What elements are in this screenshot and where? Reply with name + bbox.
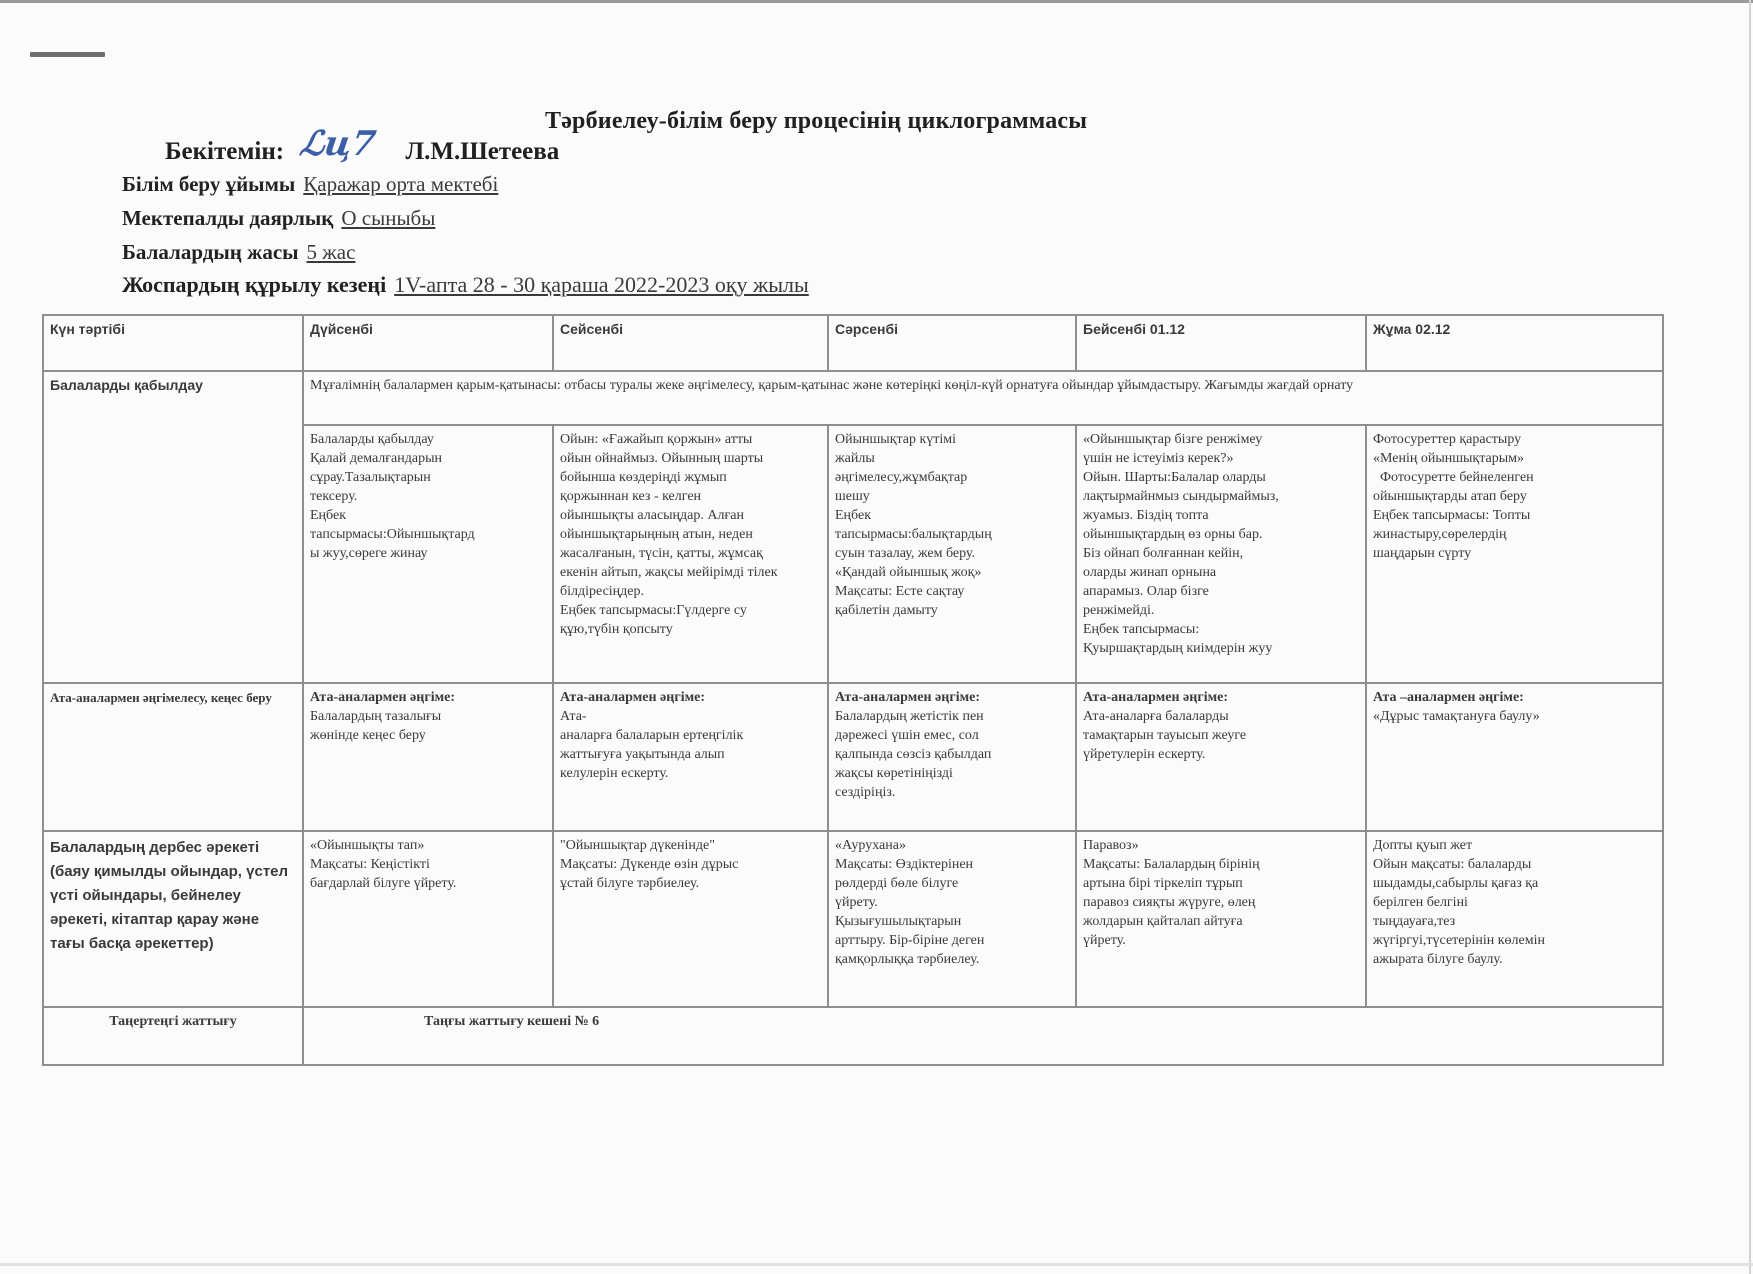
header-thursday: Бейсенбі 01.12: [1076, 315, 1366, 371]
cell-text-line: Мақсаты: Дүкенде өзін дұрыс: [560, 855, 821, 874]
cell-tuesday: Ойын: «Ғажайып қоржын» аттыойын ойнаймыз…: [553, 425, 828, 683]
cell-text-line: аналарға балаларын ертеңгілік: [560, 726, 821, 745]
meta-value: Қаражар орта мектебі: [303, 172, 498, 196]
cell-text-line: үйрету.: [835, 893, 1069, 912]
meta-label: Мектепалды даярлық: [122, 206, 333, 230]
cell-monday: Ата-аналармен әңгіме:Балалардың тазалығы…: [303, 683, 553, 831]
cell-text-line: шыдамды,сабырлы қағаз қа: [1373, 874, 1656, 893]
cell-text-line: қалпында сөзсіз қабылдап: [835, 745, 1069, 764]
cell-text-line: «Менің ойыншықтарым»: [1373, 449, 1656, 468]
cell-heading: Ата –аналармен әңгіме:: [1373, 688, 1656, 707]
signature: ℒц7: [297, 124, 378, 164]
cell-text-line: ойын ойнаймыз. Ойынның шарты: [560, 449, 821, 468]
cell-text-line: Қызығушылықтарын: [835, 912, 1069, 931]
cell-text-line: шаңдарын сүрту: [1373, 544, 1656, 563]
cell-wednesday: Ата-аналармен әңгіме:Балалардың жетістік…: [828, 683, 1076, 831]
cell-heading: Ата-аналармен әңгіме:: [560, 688, 821, 707]
approval-label: Бекітемін:: [165, 138, 284, 166]
cell-monday: «Ойыншықты тап»Мақсаты: Кеңістіктібағдар…: [303, 831, 553, 1007]
cell-tuesday: "Ойыншықтар дүкенінде"Мақсаты: Дүкенде ө…: [553, 831, 828, 1007]
cell-text-line: артына бірі тіркеліп тұрып: [1083, 874, 1359, 893]
cell-text-line: тапсырмасы:балықтардың: [835, 525, 1069, 544]
cell-text-line: Ойын: «Ғажайып қоржын» атты: [560, 430, 821, 449]
cell-text-line: ойыншықтарды атап беру: [1373, 487, 1656, 506]
cell-heading: Ата-аналармен әңгіме:: [1083, 688, 1359, 707]
meta-label: Балалардың жасы: [122, 240, 299, 264]
cell-text-line: оларды жинап орнына: [1083, 563, 1359, 582]
cell-text-line: Ата-аналарға балаларды: [1083, 707, 1359, 726]
cell-text-line: Ойын мақсаты: балаларды: [1373, 855, 1656, 874]
meta-organization: Білім беру ұйымыҚаражар орта мектебі: [122, 172, 498, 197]
cell-text-line: үшін не істеуіміз керек?»: [1083, 449, 1359, 468]
cell-text-line: Еңбек: [310, 506, 546, 525]
header-tuesday: Сейсенбі: [553, 315, 828, 371]
cell-text-line: Фотосуреттер қарастыру: [1373, 430, 1656, 449]
cell-text-line: Ойыншықтар күтімі: [835, 430, 1069, 449]
header-schedule: Күн тәртібі: [43, 315, 303, 371]
cell-text-line: суын тазалау, жем беру.: [835, 544, 1069, 563]
header-monday: Дүйсенбі: [303, 315, 553, 371]
cell-wednesday: Ойыншықтар күтіміжайлыәңгімелесу,жұмбақт…: [828, 425, 1076, 683]
cell-text-line: қабілетін дамыту: [835, 601, 1069, 620]
header-friday: Жұма 02.12: [1366, 315, 1663, 371]
cell-text-line: сездіріңіз.: [835, 783, 1069, 802]
cell-text-line: ойыншықтардың өз орны бар.: [1083, 525, 1359, 544]
cell-text-line: «Ойыншықтар бізге ренжімеу: [1083, 430, 1359, 449]
cell-text-line: Ата-: [560, 707, 821, 726]
cell-text-line: дәрежесі үшін емес, сол: [835, 726, 1069, 745]
cell-text-line: жақсы көретініңізді: [835, 764, 1069, 783]
meta-value: 5 жас: [307, 240, 356, 264]
cell-text-line: жүгіргуі,түсетерінін көлемін: [1373, 931, 1656, 950]
approval-line: Бекітемін: ℒц7 Л.М.Шетеева: [165, 132, 559, 172]
cell-text-line: Қуыршақтардың киімдерін жуу: [1083, 639, 1359, 658]
cell-text-line: қоржыннан кез - келген: [560, 487, 821, 506]
meta-period: Жоспардың құрылу кезеңі1V-апта 28 - 30 қ…: [122, 272, 809, 298]
meta-age: Балалардың жасы5 жас: [122, 240, 355, 265]
cell-text-line: үйрету.: [1083, 931, 1359, 950]
row-label: Балаларды қабылдау: [43, 371, 303, 683]
cyclogram-table: Күн тәртібі Дүйсенбі Сейсенбі Сәрсенбі Б…: [42, 314, 1664, 1066]
cell-text-line: «Қандай ойыншық жоқ»: [835, 563, 1069, 582]
cell-tuesday: Ата-аналармен әңгіме:Ата-аналарға балала…: [553, 683, 828, 831]
row-label: Таңертеңгі жаттығу: [43, 1007, 303, 1065]
cell-monday: Балаларды қабылдауҚалай демалғандарынсұр…: [303, 425, 553, 683]
cell-friday: Ата –аналармен әңгіме:«Дұрыс тамақтануға…: [1366, 683, 1663, 831]
cell-text-line: ойыншықтарыңның атын, неден: [560, 525, 821, 544]
cell-friday: Допты қуып жетОйын мақсаты: балалардышыд…: [1366, 831, 1663, 1007]
cell-heading: Ата-аналармен әңгіме:: [310, 688, 546, 707]
morning-exercise-text: Таңғы жаттығу кешені № 6: [303, 1007, 1663, 1065]
meta-value: О сыныбы: [341, 206, 435, 230]
meta-preschool: Мектепалды даярлықО сыныбы: [122, 206, 435, 231]
cell-text-line: ұстай білуге тәрбиелеу.: [560, 874, 821, 893]
cell-text-line: ренжімейді.: [1083, 601, 1359, 620]
cell-text-line: Мақсаты: Кеңістікті: [310, 855, 546, 874]
row-label: Балалардың дербес әрекеті (баяу қимылды …: [43, 831, 303, 1007]
cell-text-line: Ойын. Шарты:Балалар оларды: [1083, 468, 1359, 487]
cell-text-line: «Аурухана»: [835, 836, 1069, 855]
cell-thursday: Паравоз»Мақсаты: Балалардың бірініңартын…: [1076, 831, 1366, 1007]
cell-text-line: Мақсаты: Балалардың бірінің: [1083, 855, 1359, 874]
cell-text-line: бойынша көздеріңді жұмып: [560, 468, 821, 487]
cell-thursday: «Ойыншықтар бізге ренжімеуүшін не істеуі…: [1076, 425, 1366, 683]
row-label: Ата-аналармен әңгімелесу, кеңес беру: [43, 683, 303, 831]
scan-edge-right: [1749, 0, 1751, 1274]
cell-text-line: лақтырмайнмыз сындырмаймыз,: [1083, 487, 1359, 506]
cell-text-line: паравоз сияқты жүруге, өлең: [1083, 893, 1359, 912]
cell-text-line: Балалардың тазалығы: [310, 707, 546, 726]
cell-text-line: арттыру. Бір-біріне деген: [835, 931, 1069, 950]
cell-text-line: Еңбек тапсырмасы:: [1083, 620, 1359, 639]
cell-text-line: тамақтарын тауысып жеуге: [1083, 726, 1359, 745]
cell-text-line: Қалай демалғандарын: [310, 449, 546, 468]
cell-text-line: жаттығуға уақытында алып: [560, 745, 821, 764]
cell-text-line: әңгімелесу,жұмбақтар: [835, 468, 1069, 487]
table-row-independent: Балалардың дербес әрекеті (баяу қимылды …: [43, 831, 1663, 1007]
cell-text-line: құю,түбін қопсыту: [560, 620, 821, 639]
cell-text-line: білдіресіңдер.: [560, 582, 821, 601]
cell-text-line: Паравоз»: [1083, 836, 1359, 855]
cell-thursday: Ата-аналармен әңгіме:Ата-аналарға балала…: [1076, 683, 1366, 831]
meta-label: Жоспардың құрылу кезеңі: [122, 272, 386, 297]
cell-friday: Фотосуреттер қарастыру«Менің ойыншықтары…: [1366, 425, 1663, 683]
cell-text-line: Балаларды қабылдау: [310, 430, 546, 449]
cell-text-line: берілген белгіні: [1373, 893, 1656, 912]
cell-text-line: шешу: [835, 487, 1069, 506]
scan-edge-bottom: [0, 1263, 1753, 1266]
cell-heading: Ата-аналармен әңгіме:: [835, 688, 1069, 707]
cell-text-line: Мақсаты: Есте сақтау: [835, 582, 1069, 601]
cell-text-line: тыңдауаға,тез: [1373, 912, 1656, 931]
cell-text-line: жинастыру,сөрелердің: [1373, 525, 1656, 544]
cell-text-line: үйретулерін ескерту.: [1083, 745, 1359, 764]
cell-text-line: Еңбек: [835, 506, 1069, 525]
cell-text-line: Фотосуретте бейнеленген: [1373, 468, 1656, 487]
cell-text-line: Еңбек тапсырмасы:Гүлдерге су: [560, 601, 821, 620]
approver-name: Л.М.Шетеева: [406, 138, 560, 166]
reception-description: Мұғалімнің балалармен қарым-қатынасы: от…: [303, 371, 1663, 425]
header-wednesday: Сәрсенбі: [828, 315, 1076, 371]
cell-text-line: ойыншықты аласыңдар. Алған: [560, 506, 821, 525]
cell-text-line: ажырата білуге баулу.: [1373, 950, 1656, 969]
cell-text-line: апарамыз. Олар бізге: [1083, 582, 1359, 601]
cell-text-line: қамқорлыққа тәрбиелеу.: [835, 950, 1069, 969]
cell-text-line: жуамыз. Біздің топта: [1083, 506, 1359, 525]
cell-text-line: сұрау.Тазалықтарын: [310, 468, 546, 487]
cell-text-line: жолдарын қайталап айтуға: [1083, 912, 1359, 931]
table-row-parents: Ата-аналармен әңгімелесу, кеңес беру Ата…: [43, 683, 1663, 831]
cell-text-line: бағдарлай білуге үйрету.: [310, 874, 546, 893]
cell-text-line: «Дұрыс тамақтануға баулу»: [1373, 707, 1656, 726]
cell-text-line: жасалғанын, түсін, қатты, жұмсақ: [560, 544, 821, 563]
table-row-reception: Балаларды қабылдау Мұғалімнің балалармен…: [43, 371, 1663, 425]
meta-value: 1V-апта 28 - 30 қараша 2022-2023 оқу жыл…: [394, 272, 809, 297]
cell-text-line: тексеру.: [310, 487, 546, 506]
table-header-row: Күн тәртібі Дүйсенбі Сейсенбі Сәрсенбі Б…: [43, 315, 1663, 371]
document-title: Тәрбиелеу-білім беру процесінің циклогра…: [545, 108, 1087, 135]
cell-text-line: Біз ойнап болғаннан кейін,: [1083, 544, 1359, 563]
scan-edge-top: [0, 0, 1753, 3]
cell-text-line: келулерін ескерту.: [560, 764, 821, 783]
cell-text-line: «Ойыншықты тап»: [310, 836, 546, 855]
cell-text-line: жайлы: [835, 449, 1069, 468]
cell-text-line: рөлдерді бөле білуге: [835, 874, 1069, 893]
cell-text-line: Допты қуып жет: [1373, 836, 1656, 855]
cell-wednesday: «Аурухана»Мақсаты: Өздіктеріненрөлдерді …: [828, 831, 1076, 1007]
table-row-morning-exercise: Таңертеңгі жаттығу Таңғы жаттығу кешені …: [43, 1007, 1663, 1065]
cell-text-line: Балалардың жетістік пен: [835, 707, 1069, 726]
cell-text-line: тапсырмасы:Ойыншықтард: [310, 525, 546, 544]
cell-text-line: екенін айтып, жақсы мейірімді тілек: [560, 563, 821, 582]
cell-text-line: "Ойыншықтар дүкенінде": [560, 836, 821, 855]
scan-mark: [30, 52, 105, 57]
cell-text-line: жөнінде кеңес беру: [310, 726, 546, 745]
cell-text-line: ы жуу,сөреге жинау: [310, 544, 546, 563]
meta-label: Білім беру ұйымы: [122, 172, 295, 196]
cell-text-line: Еңбек тапсырмасы: Топты: [1373, 506, 1656, 525]
cell-text-line: Мақсаты: Өздіктерінен: [835, 855, 1069, 874]
